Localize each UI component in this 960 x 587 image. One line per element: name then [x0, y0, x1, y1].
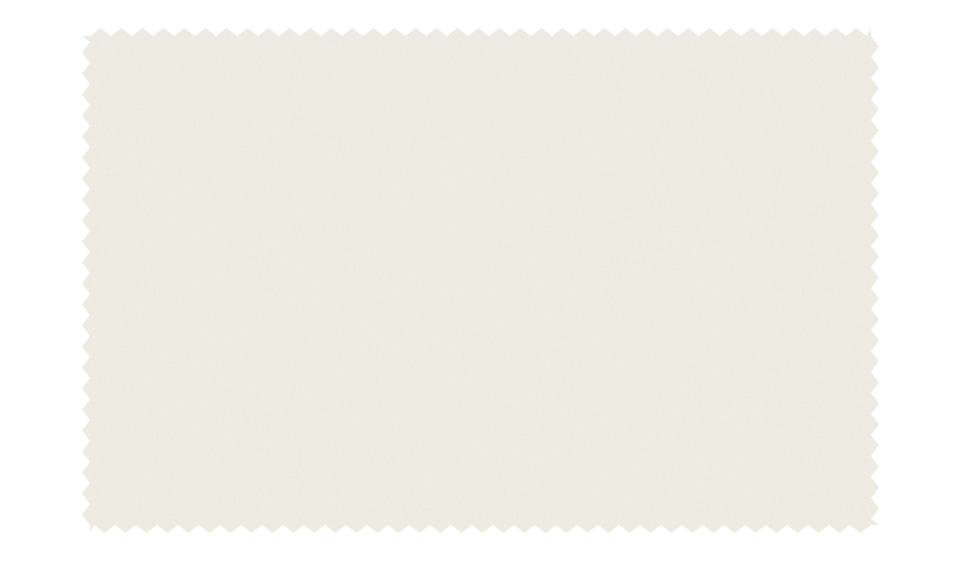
fabric-swatch — [82, 28, 879, 533]
fabric-swatch-image — [82, 28, 879, 533]
